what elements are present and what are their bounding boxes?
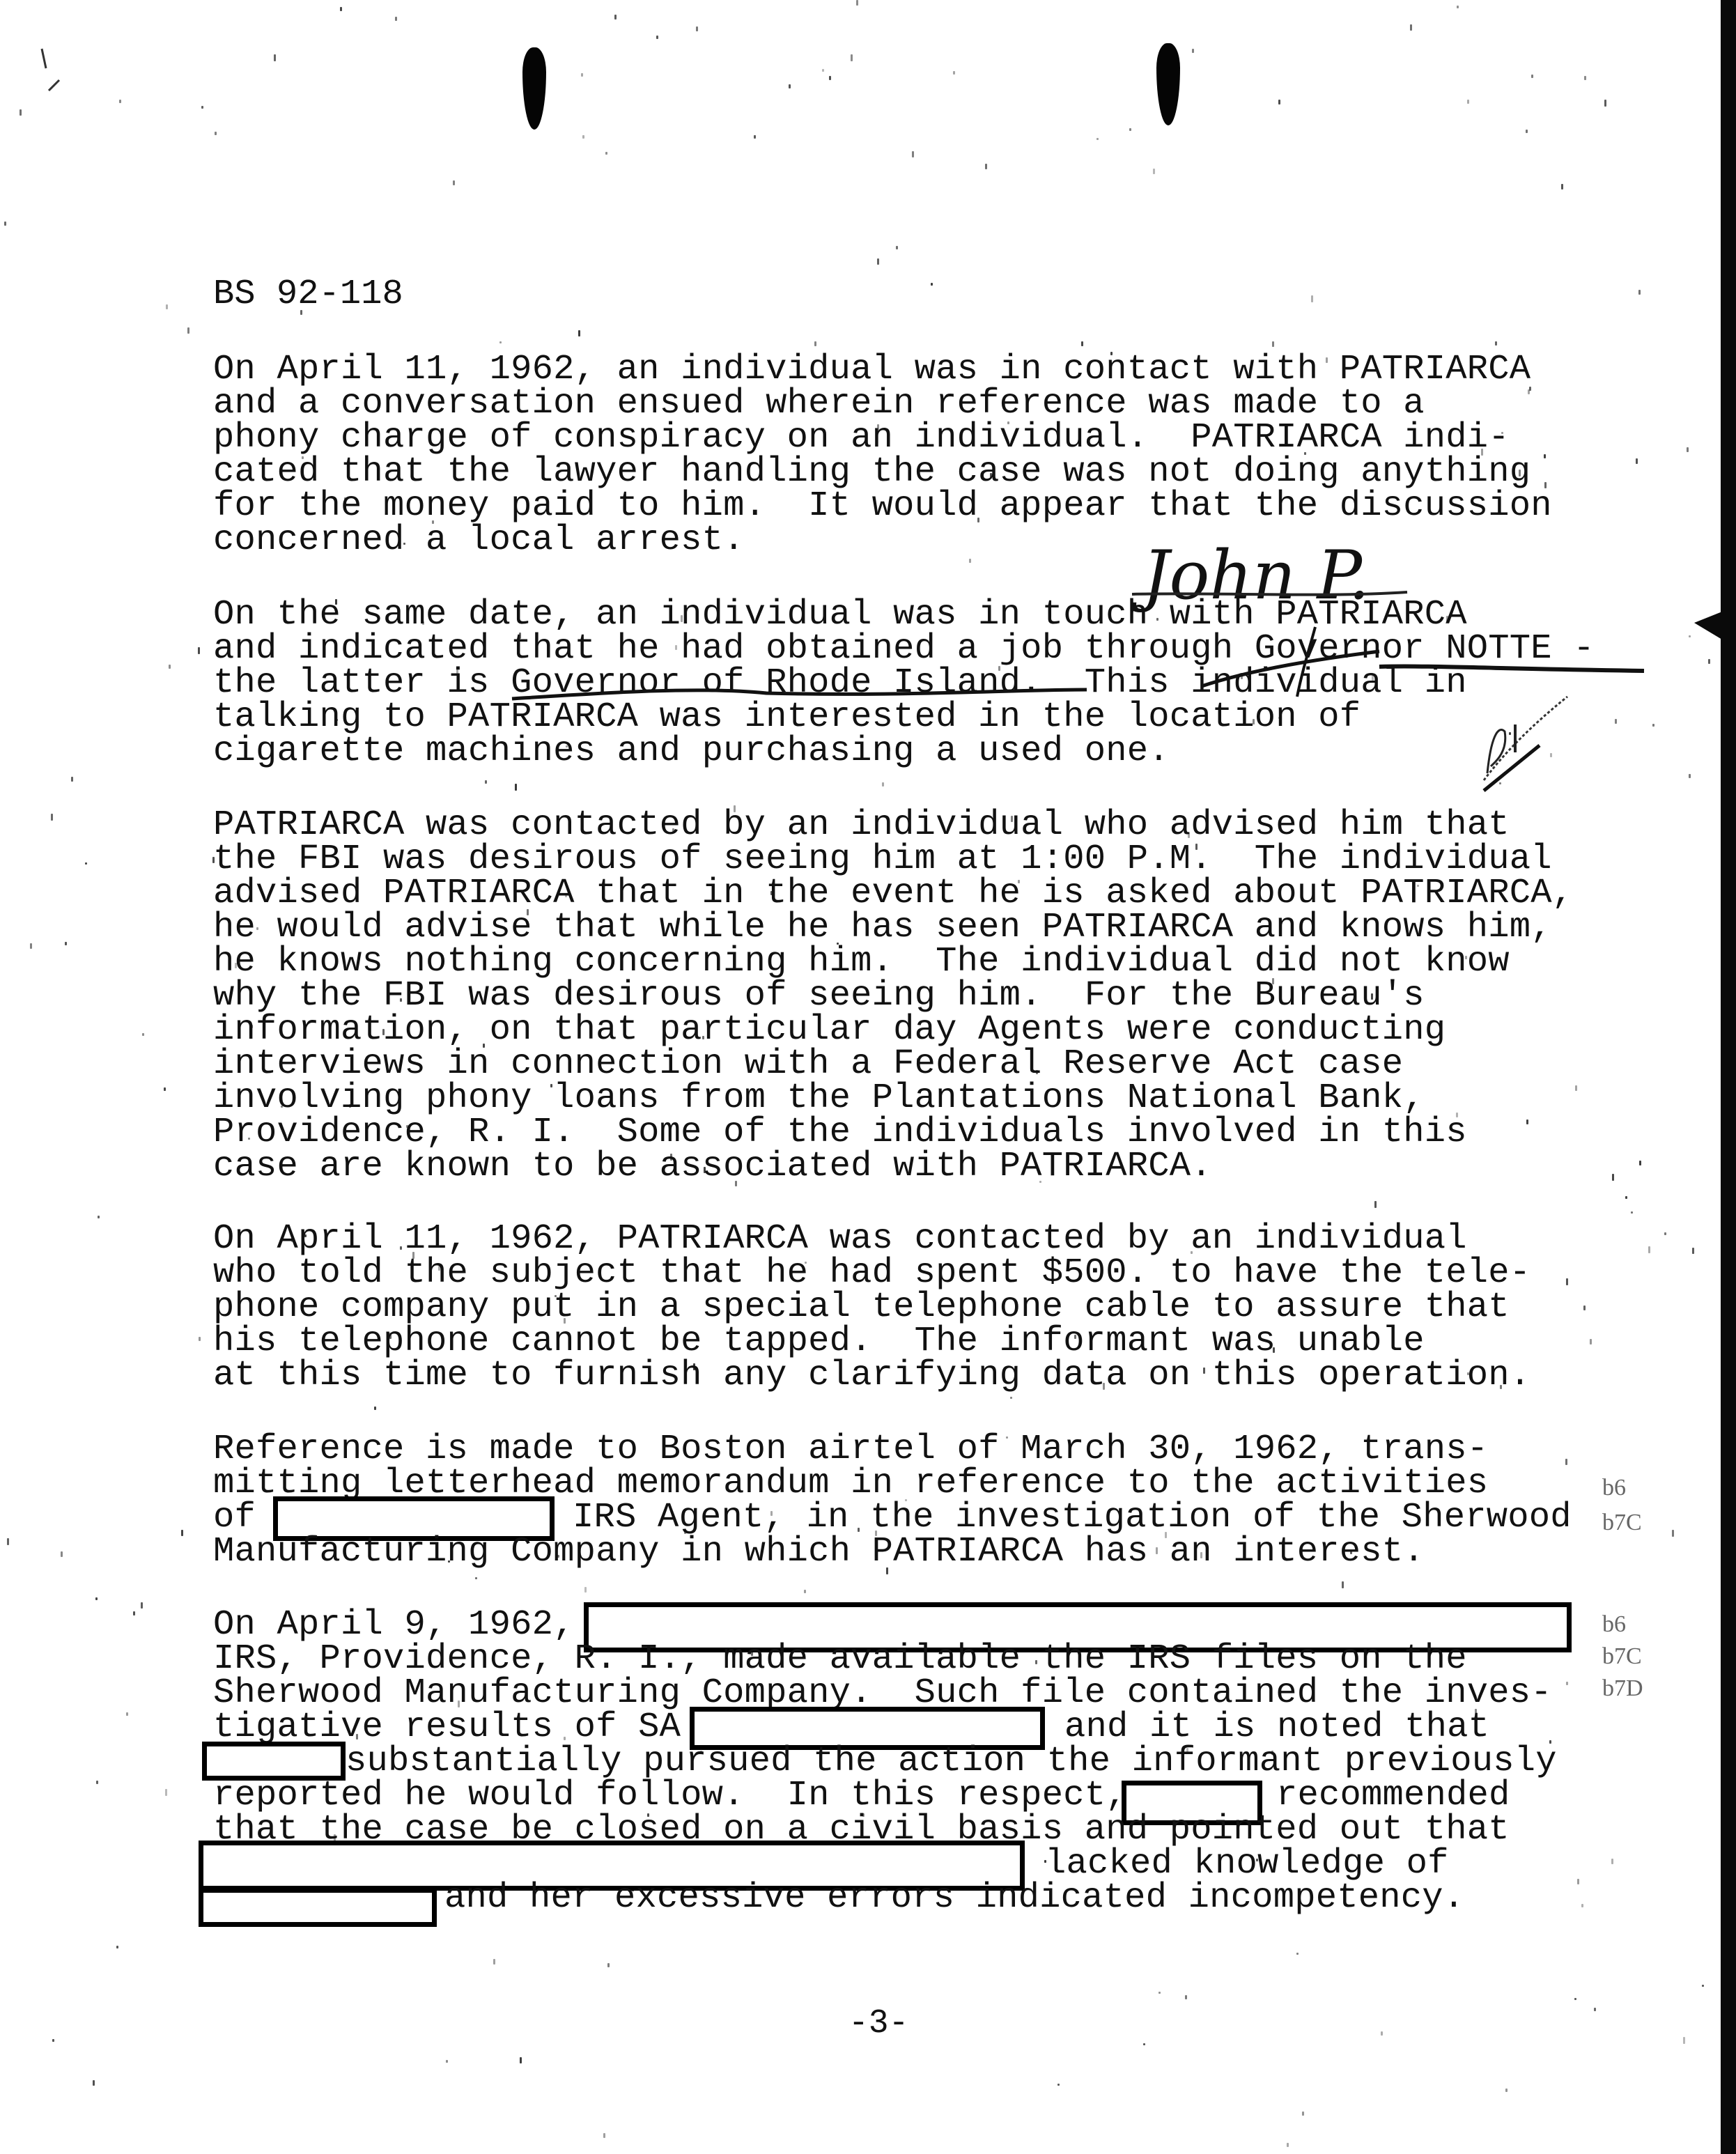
redaction-box	[199, 1888, 437, 1927]
text-line: cated that the lawyer handling the case …	[213, 455, 1530, 489]
text-line: his telephone cannot be tapped. The info…	[213, 1324, 1425, 1358]
exemption-code: b7D	[1602, 1675, 1643, 1703]
file-number: BS 92-118	[213, 277, 403, 311]
text-line: reported he would follow. In this respec…	[213, 1779, 1127, 1813]
text-line: phony charge of conspiracy on an individ…	[213, 421, 1510, 455]
text-line: cigarette machines and purchasing a used…	[213, 734, 1170, 768]
text-line: substantially pursued the action the inf…	[346, 1744, 1557, 1779]
text-line: mitting letterhead memorandum in referen…	[213, 1466, 1488, 1501]
exemption-code: b7C	[1602, 1643, 1642, 1671]
text-line: and indicated that he had obtained a job…	[213, 632, 1595, 666]
text-line: tigative results of SA	[213, 1710, 681, 1744]
text-line: interviews in connection with a Federal …	[213, 1047, 1403, 1081]
text-line: concerned a local arrest.	[213, 523, 745, 557]
text-line: the latter is Governor of Rhode Island. …	[213, 666, 1467, 700]
text-line: On April 11, 1962, PATRIARCA was contact…	[213, 1222, 1467, 1256]
text-line: involving phony loans from the Plantatio…	[213, 1081, 1425, 1115]
exemption-code: b7C	[1602, 1509, 1642, 1537]
punch-hole-left	[522, 47, 546, 130]
text-line: case are known to be associated with PAT…	[213, 1149, 1212, 1184]
text-line: talking to PATRIARCA was interested in t…	[213, 700, 1361, 734]
text-line: and her excessive errors indicated incom…	[444, 1881, 1464, 1915]
text-line: he knows nothing concerning him. The ind…	[213, 945, 1510, 979]
text-line: IRS Agent, in the investigation of the S…	[573, 1501, 1572, 1535]
scan-edge-notch	[1694, 606, 1736, 648]
text-line: he would advise that while he has seen P…	[213, 911, 1552, 945]
text-line: at this time to furnish any clarifying d…	[213, 1358, 1530, 1393]
page-number: -3-	[848, 2005, 908, 2043]
text-line: phone company put in a special telephone…	[213, 1290, 1510, 1324]
text-line: information, on that particular day Agen…	[213, 1013, 1446, 1047]
text-line: Reference is made to Boston airtel of Ma…	[213, 1432, 1488, 1466]
text-line: who told the subject that he had spent $…	[213, 1256, 1530, 1290]
scan-edge	[1721, 0, 1736, 2154]
text-line: of	[213, 1501, 256, 1535]
text-line: IRS, Providence, R. I., made available t…	[213, 1642, 1467, 1676]
punch-hole-right	[1156, 43, 1180, 125]
text-line: On April 9, 1962,	[213, 1608, 575, 1642]
text-line: for the money paid to him. It would appe…	[213, 489, 1552, 523]
text-line: why the FBI was desirous of seeing him. …	[213, 979, 1425, 1013]
text-line: advised PATRIARCA that in the event he i…	[213, 876, 1573, 911]
exemption-code: b6	[1602, 1611, 1626, 1638]
text-line: Providence, R. I. Some of the individual…	[213, 1115, 1467, 1149]
text-line: On April 11, 1962, an individual was in …	[213, 352, 1530, 387]
text-line: the FBI was desirous of seeing him at 1:…	[213, 842, 1552, 876]
text-line: Manufacturing Company in which PATRIARCA…	[213, 1535, 1425, 1569]
handwritten-signature: John P.	[1142, 536, 1370, 614]
redaction-box	[202, 1742, 346, 1781]
text-line: recommended	[1276, 1779, 1510, 1813]
text-line: and it is noted that	[1064, 1710, 1489, 1744]
text-line: Sherwood Manufacturing Company. Such fil…	[213, 1676, 1552, 1710]
text-line: PATRIARCA was contacted by an individual…	[213, 808, 1510, 842]
text-line: lacked knowledge of	[1045, 1847, 1449, 1881]
exemption-code: b6	[1602, 1474, 1626, 1502]
text-line: and a conversation ensued wherein refere…	[213, 387, 1425, 421]
